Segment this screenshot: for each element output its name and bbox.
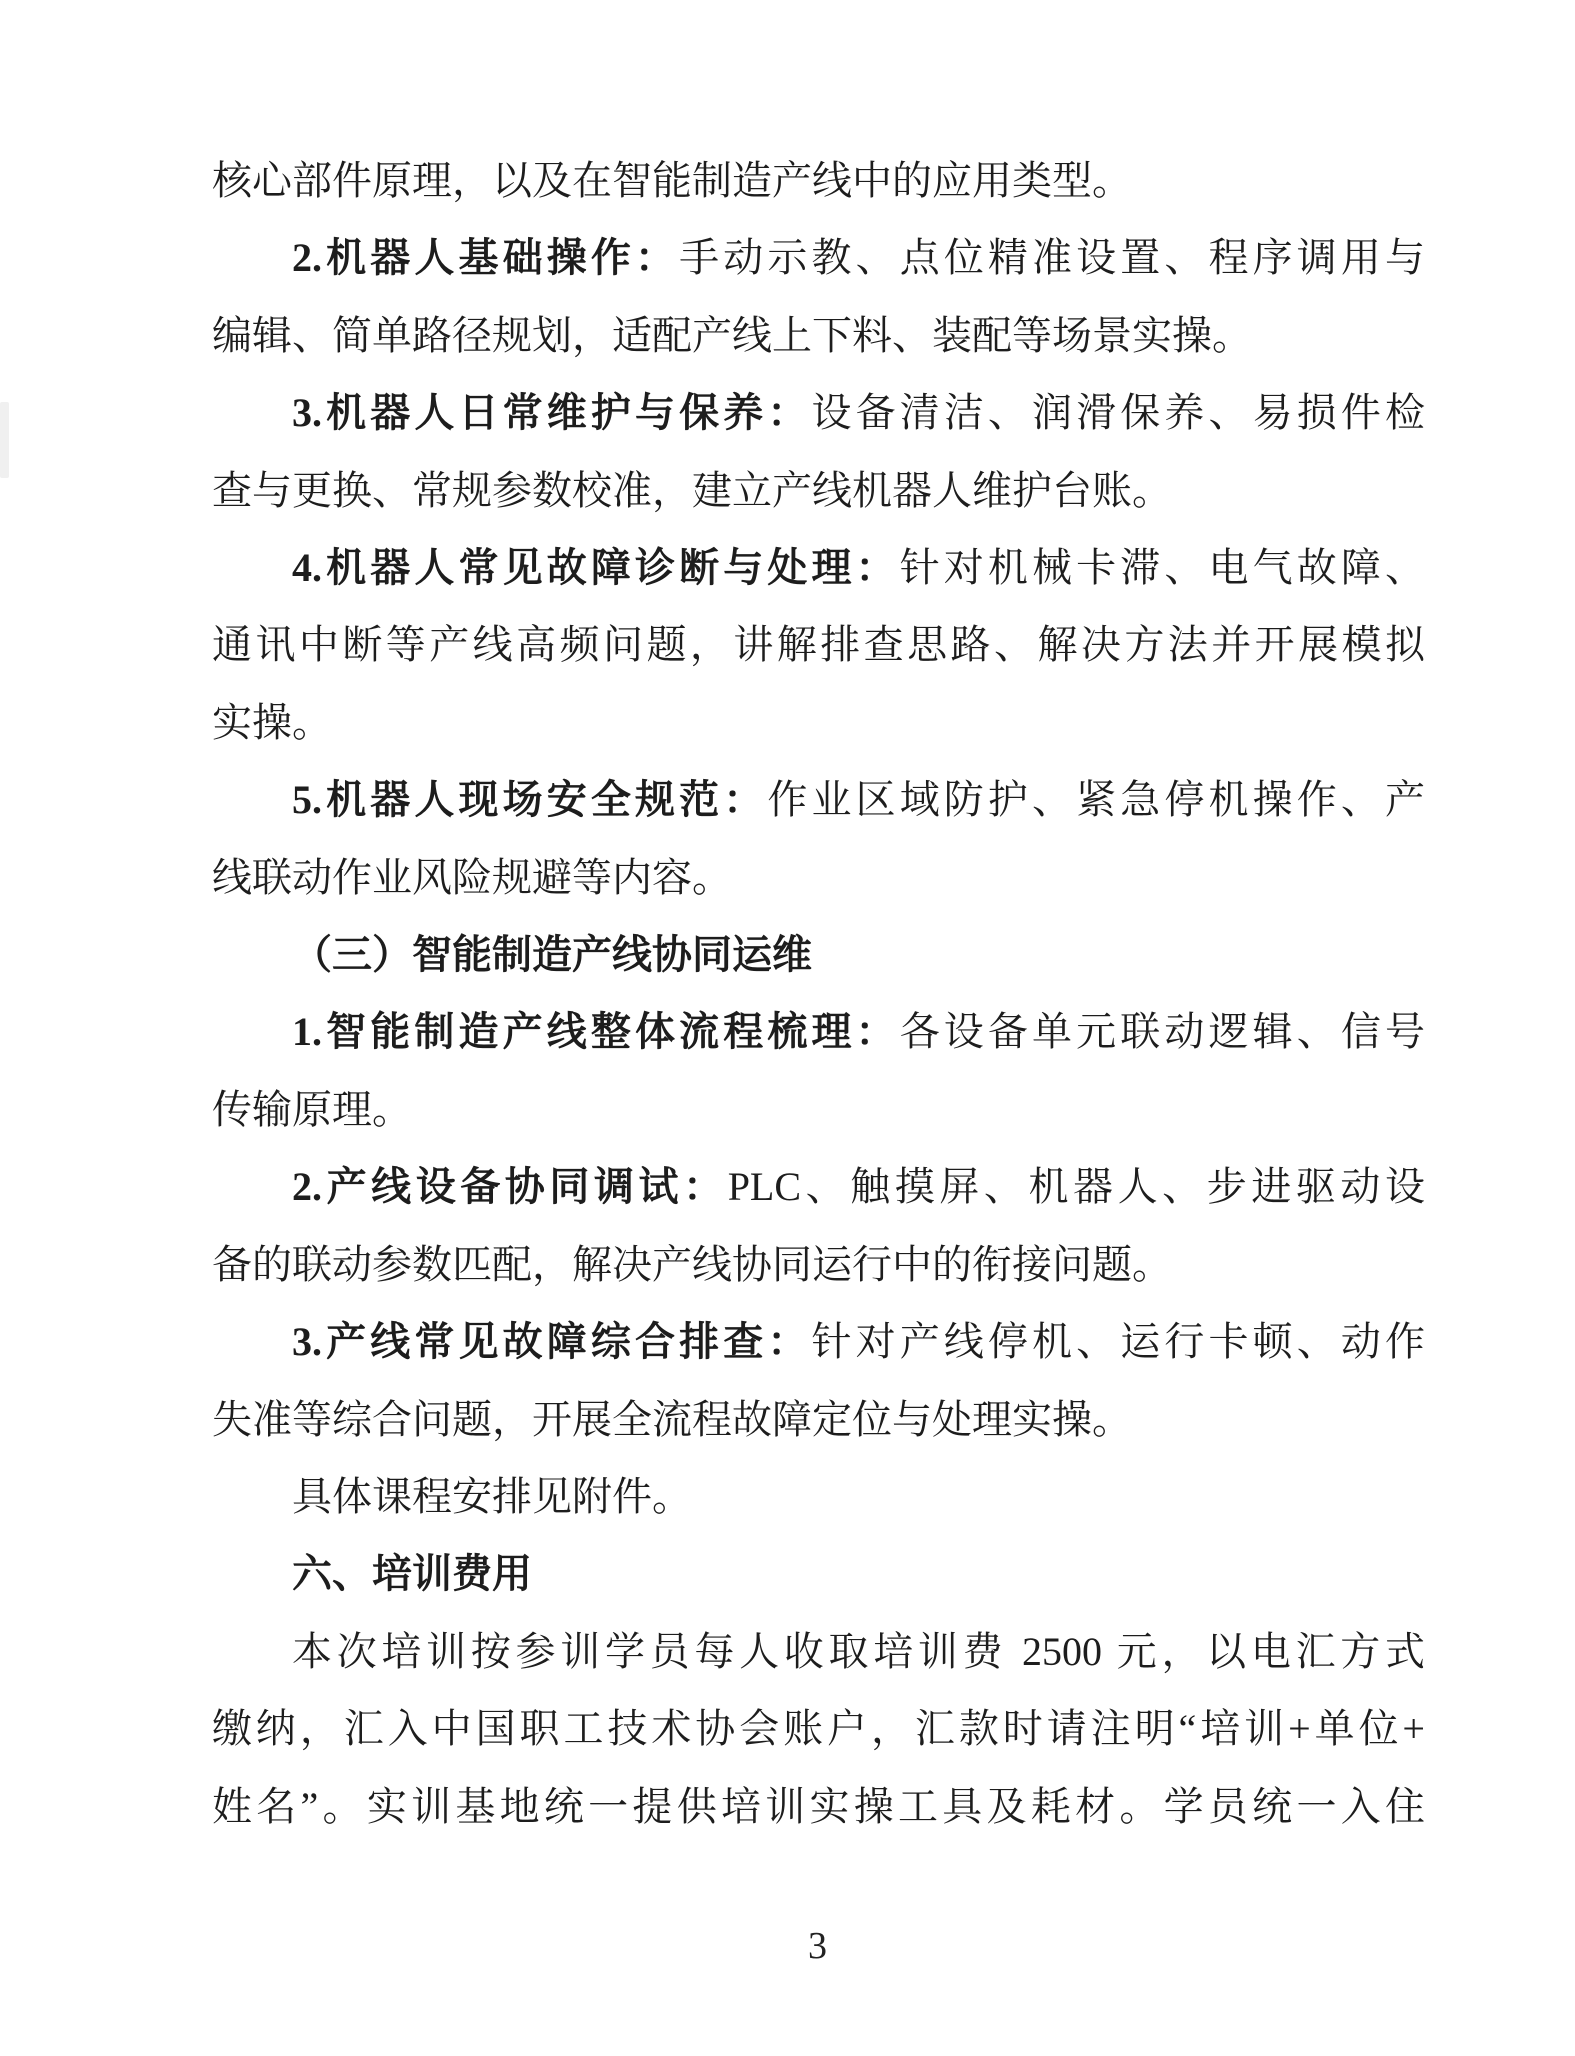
text-line: 具体课程安排见附件。 [212,1458,1425,1535]
page-footer: 3 [0,1924,1575,1968]
text-line: 实操。 [212,684,1425,761]
text-line: 查与更换、常规参数校准，建立产线机器人维护台账。 [212,452,1425,529]
text-line: 1.智能制造产线整体流程梳理：各设备单元联动逻辑、信号 [212,993,1425,1070]
section-heading: （三）智能制造产线协同运维 [212,916,1425,993]
text-line: 核心部件原理，以及在智能制造产线中的应用类型。 [212,142,1425,219]
item-lead: 4.机器人常见故障诊断与处理： [292,545,900,590]
text-line: 2.产线设备协同调试：PLC、触摸屏、机器人、步进驱动设 [212,1148,1425,1225]
scan-artifact [0,402,9,478]
text-line: 线联动作业风险规避等内容。 [212,839,1425,916]
text-line: 本次培训按参训学员每人收取培训费 2500 元，以电汇方式 [212,1613,1425,1690]
item-lead: 2.机器人基础操作： [292,235,679,280]
document-page: 核心部件原理，以及在智能制造产线中的应用类型。2.机器人基础操作：手动示教、点位… [0,0,1575,2056]
text-line: 2.机器人基础操作：手动示教、点位精准设置、程序调用与 [212,219,1425,296]
text-line: 备的联动参数匹配，解决产线协同运行中的衔接问题。 [212,1226,1425,1303]
text-line: 3.机器人日常维护与保养：设备清洁、润滑保养、易损件检 [212,374,1425,451]
item-lead: 3.机器人日常维护与保养： [292,390,811,435]
text-line: 姓名”。实训基地统一提供培训实操工具及耗材。学员统一入住 [212,1768,1425,1845]
page-number: 3 [808,1924,827,1968]
item-lead: 5.机器人现场安全规范： [292,777,767,822]
text-line: 传输原理。 [212,1071,1425,1148]
document-body: 核心部件原理，以及在智能制造产线中的应用类型。2.机器人基础操作：手动示教、点位… [212,142,1425,1845]
item-lead: 3.产线常见故障综合排查： [292,1319,811,1364]
item-lead: 2.产线设备协同调试： [292,1164,728,1209]
text-line: 缴纳，汇入中国职工技术协会账户，汇款时请注明“培训+单位+ [212,1690,1425,1767]
text-line: 4.机器人常见故障诊断与处理：针对机械卡滞、电气故障、 [212,529,1425,606]
text-line: 5.机器人现场安全规范：作业区域防护、紧急停机操作、产 [212,761,1425,838]
text-line: 通讯中断等产线高频问题，讲解排查思路、解决方法并开展模拟 [212,606,1425,683]
text-line: 3.产线常见故障综合排查：针对产线停机、运行卡顿、动作 [212,1303,1425,1380]
section-heading: 六、培训费用 [212,1535,1425,1612]
item-lead: 1.智能制造产线整体流程梳理： [292,1009,900,1054]
text-line: 编辑、简单路径规划，适配产线上下料、装配等场景实操。 [212,297,1425,374]
text-line: 失准等综合问题，开展全流程故障定位与处理实操。 [212,1381,1425,1458]
